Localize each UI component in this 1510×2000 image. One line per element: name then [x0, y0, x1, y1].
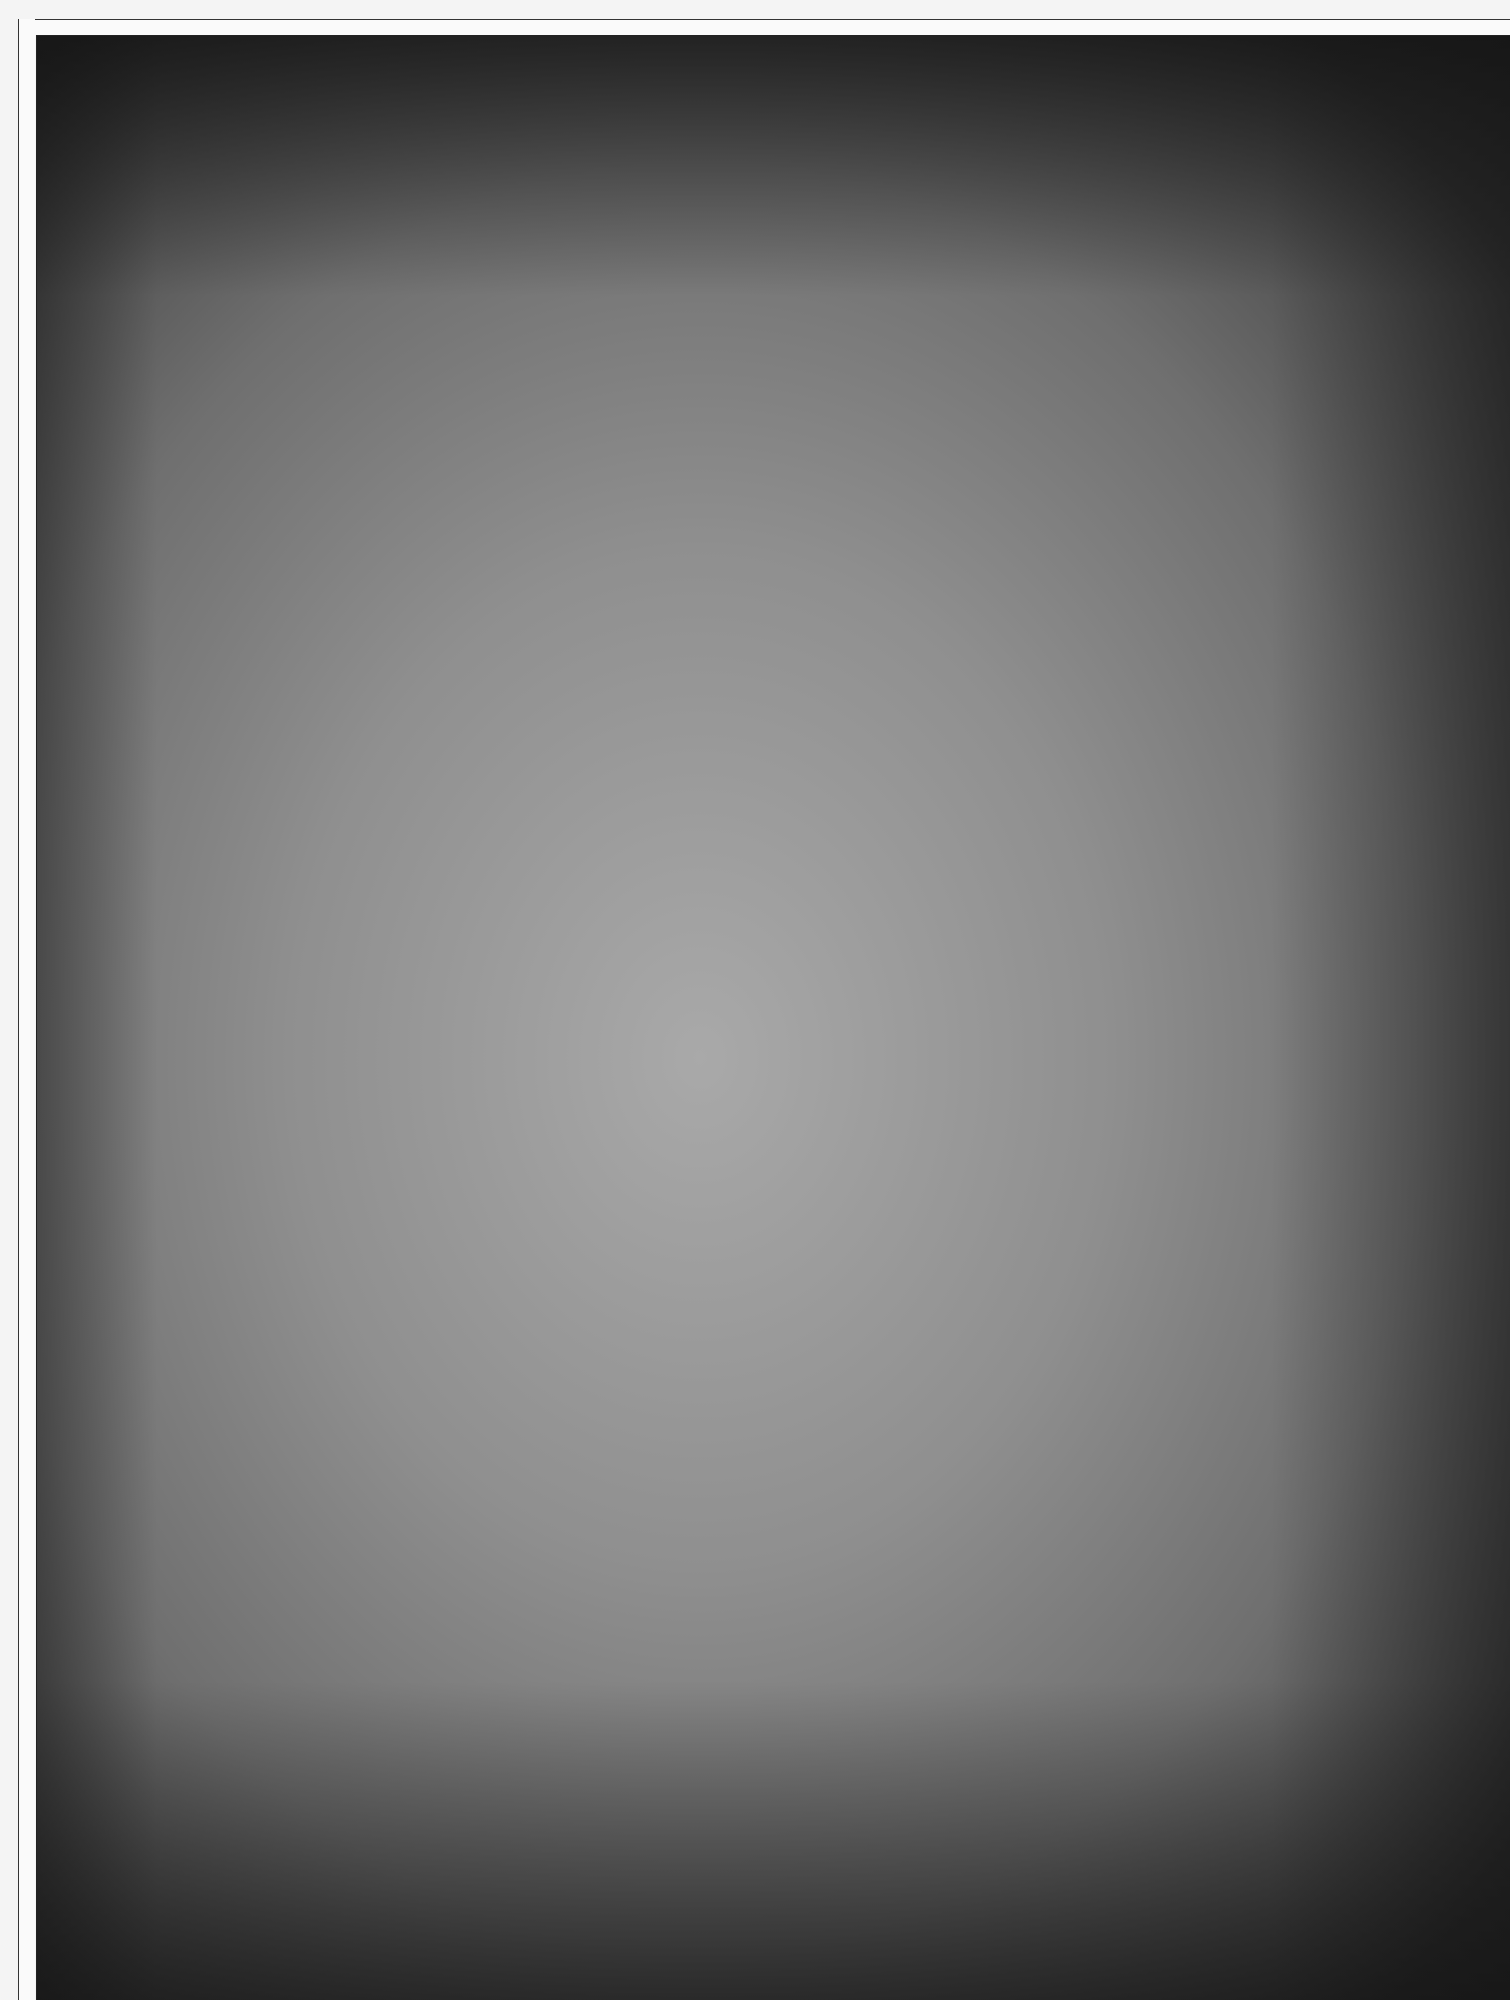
- vignette-left: [37, 36, 157, 2000]
- manuscript-image: [36, 35, 1510, 2000]
- horizontal-ruler: [18, 19, 1510, 35]
- vertical-ruler: [18, 19, 35, 2000]
- vignette-right: [1271, 36, 1510, 2000]
